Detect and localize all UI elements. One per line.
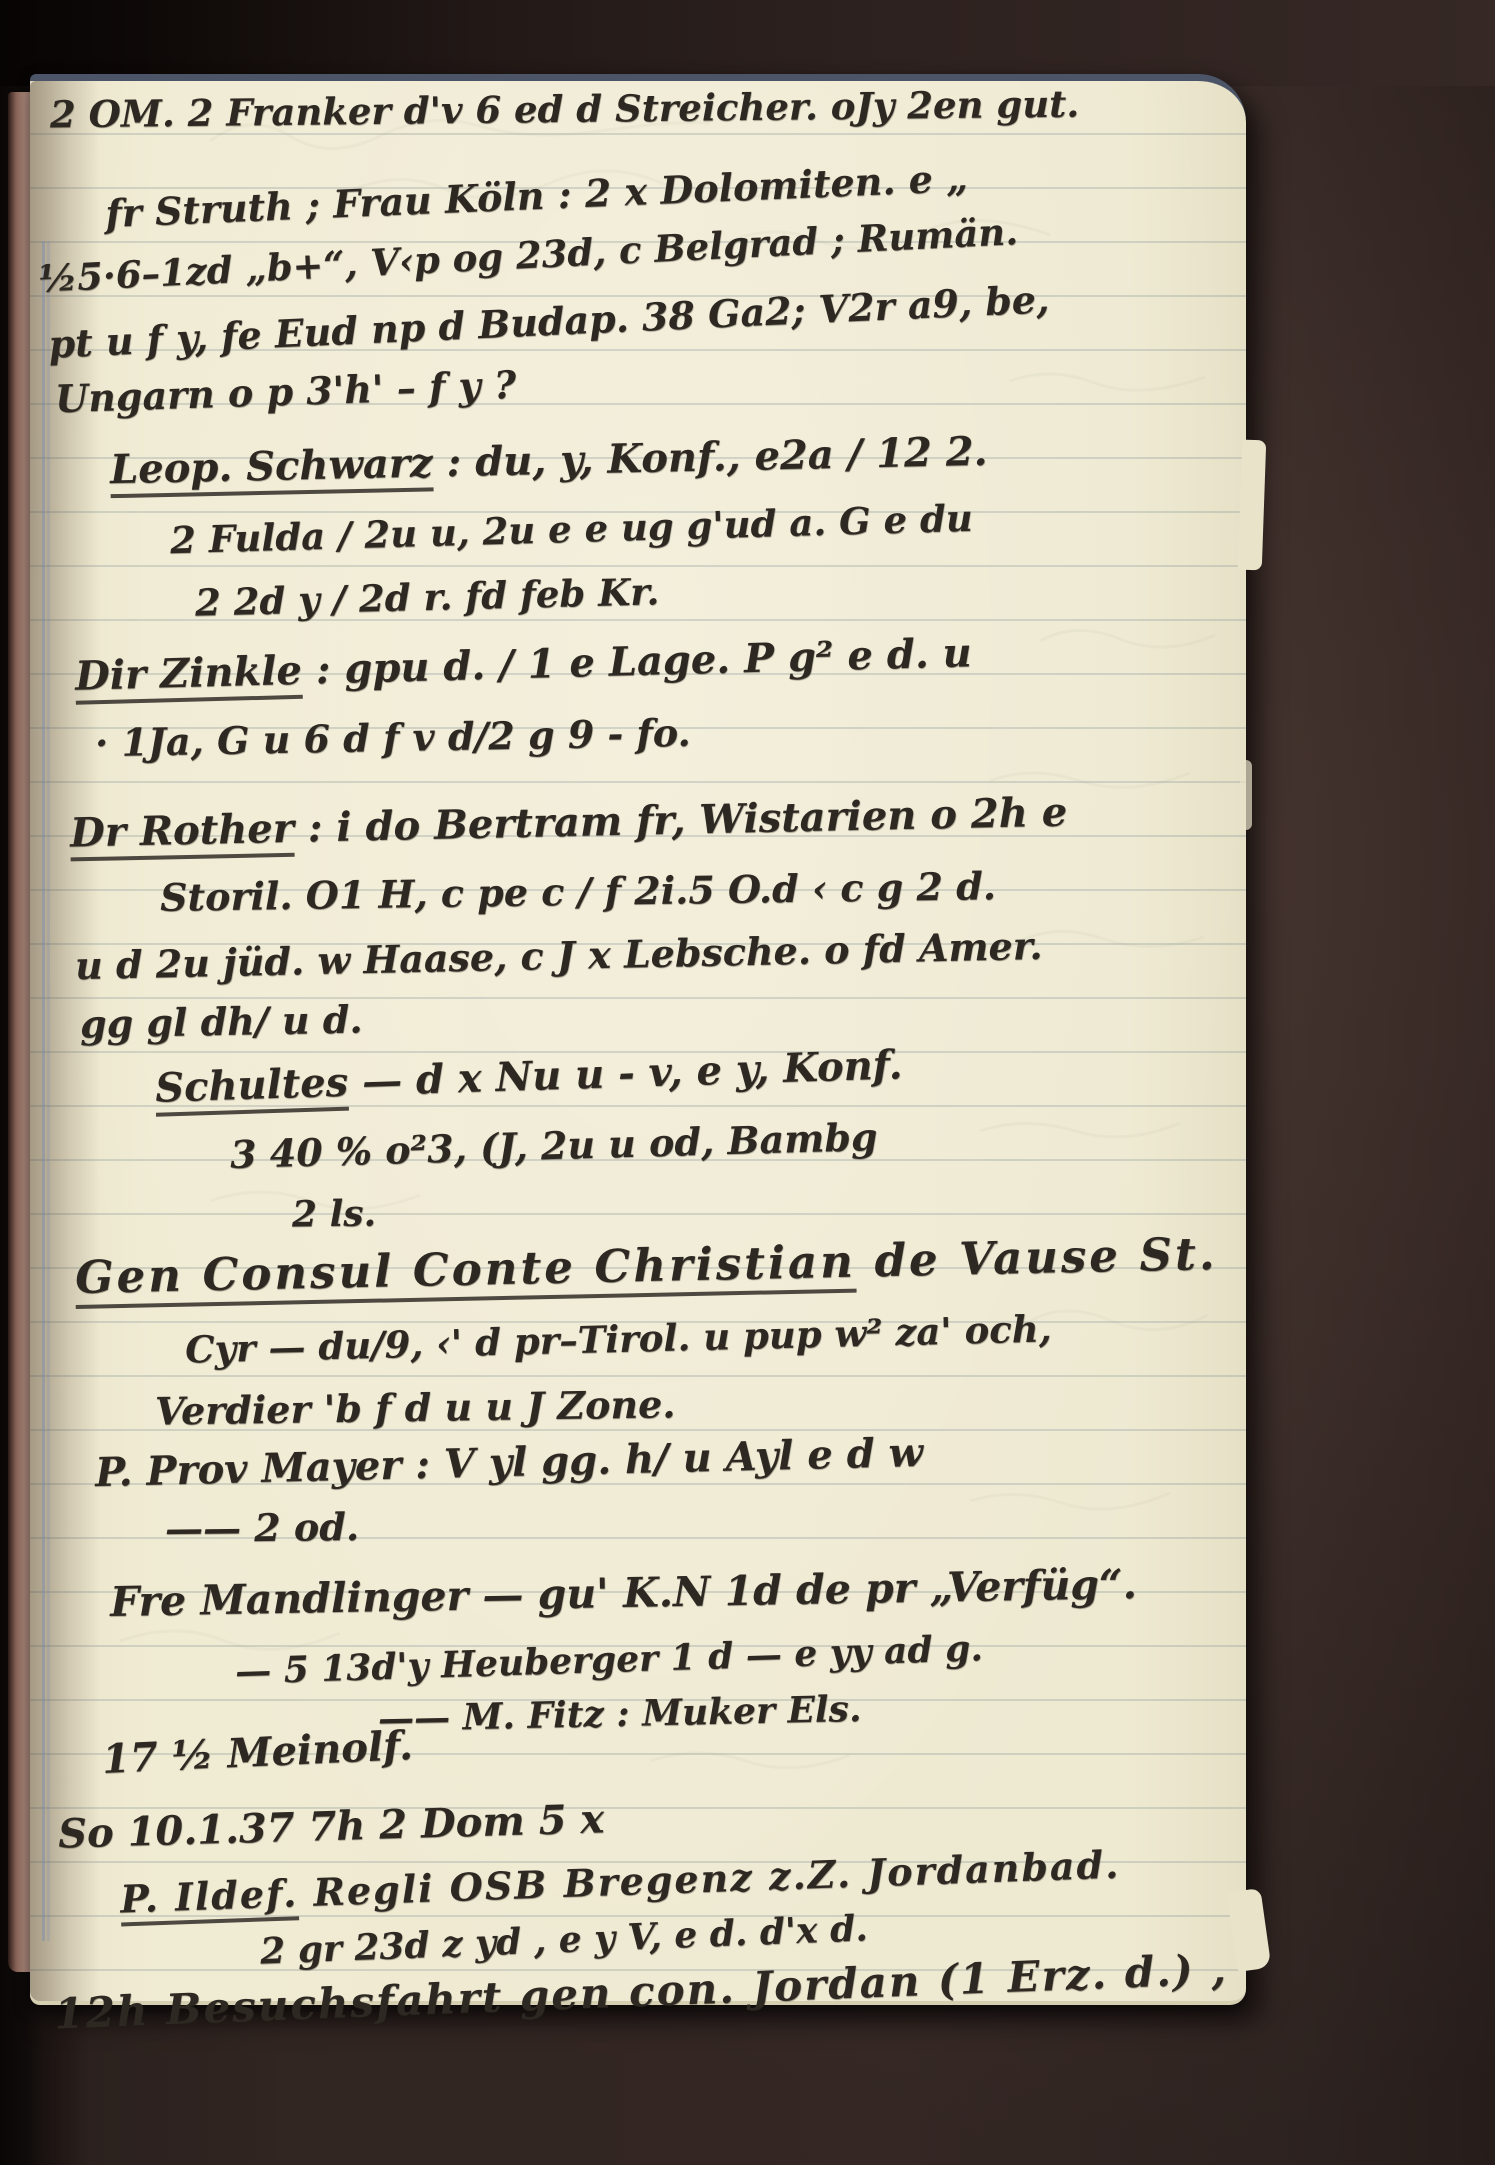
handwritten-line: 3 40 % o²3, (J, 2u u od, Bambg xyxy=(229,1114,878,1177)
handwritten-line: Dr Rother : i do Bertram fr, Wistarien o… xyxy=(70,789,1068,857)
handwritten-line: 2 ls. xyxy=(292,1193,376,1236)
handwritten-line: P. Ildef. Regli OSB Bregenz z.Z. Jordanb… xyxy=(120,1842,1121,1922)
handwritten-line: P. Prov Mayer : V yl gg. h/ u Ayl e d w xyxy=(95,1429,924,1496)
handwritten-line: —— M. Fitz : Muker Els. xyxy=(378,1688,862,1740)
handwritten-line: 17 ½ Meinolf. xyxy=(101,1722,414,1783)
handwritten-line: Verdier 'b f d u u J Zone. xyxy=(155,1381,676,1433)
handwritten-line: Storil. O1 H, c pe c / f 2i.5 O.d ‹ c g … xyxy=(160,863,997,920)
handwritten-line: Cyr — du/9, ‹' d pr–Tirol. u pup w² za' … xyxy=(185,1306,1052,1371)
handwritten-line: · 1Ja, G u 6 d f v d/2 g 9 - fo. xyxy=(95,710,691,765)
handwritten-line: Leop. Schwarz : du, y, Konf., e2a / 12 2… xyxy=(110,428,988,493)
handwriting-layer: 2 OM. 2 Franker d'v 6 ed d Streicher. oJ… xyxy=(30,81,1246,2001)
handwritten-line: Dir Zinkle : gpu d. / 1 e Lage. P g² e d… xyxy=(75,629,973,699)
handwritten-line: —— 2 od. xyxy=(165,1504,360,1551)
handwritten-line: u d 2u jüd. w Haase, c J x Lebsche. o fd… xyxy=(75,923,1043,988)
handwritten-line: Gen Consul Conte Christian de Vause St. xyxy=(75,1227,1218,1304)
handwritten-line: 2 2d y / 2d r. fd feb Kr. xyxy=(195,569,660,624)
handwritten-line: Ungarn o p 3'h' – f y ? xyxy=(54,362,516,421)
handwritten-line: 2 Fulda / 2u u, 2u e e ug g'ud a. G e du xyxy=(170,496,974,562)
handwritten-line: Schultes — d x Nu u - v, e y, Konf. xyxy=(154,1041,903,1111)
handwritten-line: 12h Besuchsfahrt gen con. Jordan (1 Erz.… xyxy=(53,1944,1228,2038)
handwritten-line: Fre Mandlinger — gu' K.N 1d de pr „Verfü… xyxy=(110,1560,1138,1626)
handwritten-line: 2 OM. 2 Franker d'v 6 ed d Streicher. oJ… xyxy=(50,82,1080,137)
page-corner-tab xyxy=(1238,440,1267,571)
handwritten-line: So 10.1.37 7h 2 Dom 5 x xyxy=(57,1795,604,1857)
notebook-page: 2 OM. 2 Franker d'v 6 ed d Streicher. oJ… xyxy=(30,74,1246,2005)
page-corner-tab xyxy=(1240,760,1252,830)
handwritten-line: — 5 13d'y Heuberger 1 d — e yy ad g. xyxy=(235,1627,984,1692)
handwritten-line: gg gl dh/ u d. xyxy=(80,997,363,1047)
